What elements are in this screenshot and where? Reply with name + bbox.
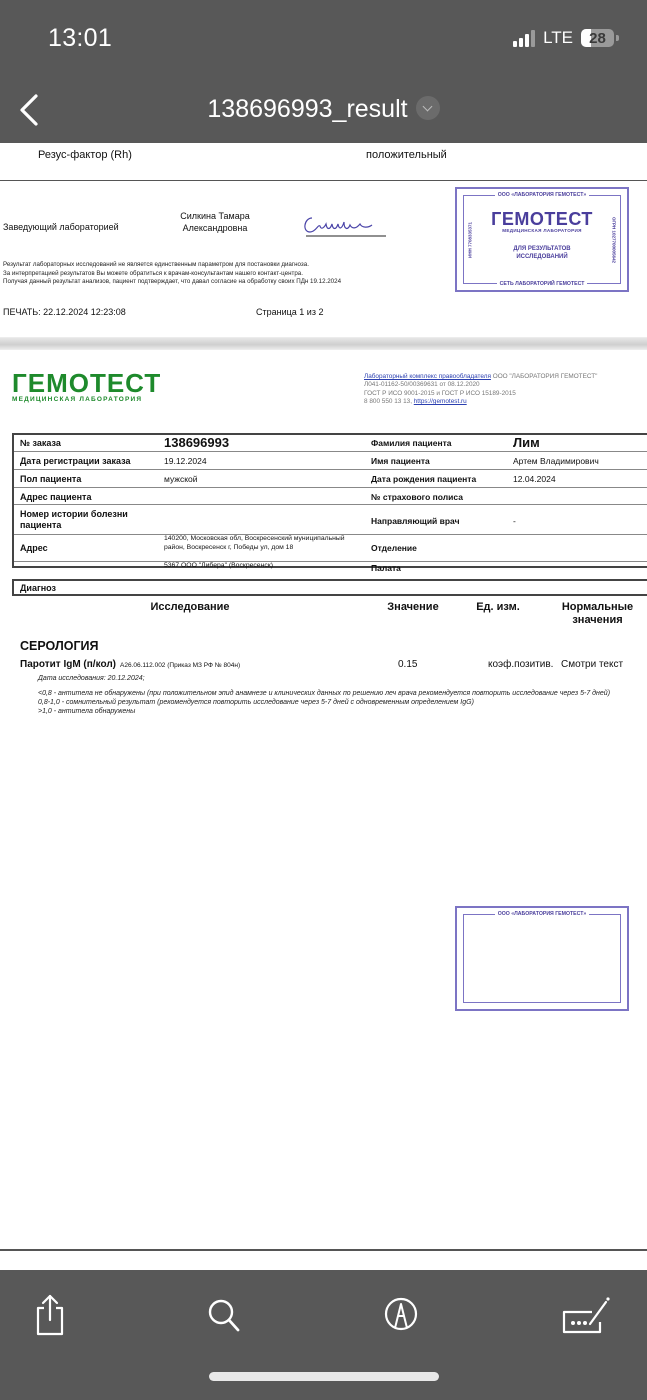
reg-date-label: Дата регистрации заказа <box>20 456 130 466</box>
gemotest-logo: ГЕМОТЕСТ МЕДИЦИНСКАЯ ЛАБОРАТОРИЯ <box>12 371 161 403</box>
surname-value: Лим <box>513 435 540 450</box>
signal-icon <box>513 29 535 47</box>
stamp-brand: ГЕМОТЕСТ <box>457 209 627 230</box>
history-label: Номер истории болезни пациента <box>20 509 150 531</box>
note-line: >1,0 - антитела обнаружены <box>38 707 647 716</box>
name-value: Артем Владимирович <box>513 456 599 466</box>
home-indicator[interactable] <box>209 1372 439 1381</box>
test-code: A26.06.112.002 (Приказ МЗ РФ № 804н) <box>120 662 240 669</box>
order-number-label: № заказа <box>20 438 61 448</box>
study-date: Дата исследования: 20.12.2024; <box>38 674 647 683</box>
head-of-lab-name: Силкина Тамара Александровна <box>172 210 258 234</box>
note-line: 0,8-1,0 - сомнительный результат (рекоме… <box>38 698 647 707</box>
print-date: ПЕЧАТЬ: 22.12.2024 12:23:08 <box>3 307 126 317</box>
doctor-value: - <box>513 516 516 526</box>
col-header-test: Исследование <box>120 601 260 614</box>
logo-sub-text: МЕДИЦИНСКАЯ ЛАБОРАТОРИЯ <box>12 396 161 403</box>
status-time: 13:01 <box>48 24 112 53</box>
section-title: СЕРОЛОГИЯ <box>20 639 99 653</box>
markup-button[interactable] <box>377 1292 425 1336</box>
page-separator <box>0 337 647 350</box>
address-label: Адрес <box>20 543 48 553</box>
lab-phone: 8 800 550 13 13, <box>364 398 414 405</box>
surname-label: Фамилия пациента <box>371 438 452 448</box>
table-row: 5367 ООО "Либера" (Воскресенск) Палата <box>14 562 647 568</box>
norm-header-line2: значения <box>548 614 647 627</box>
stamp-purpose-line1: ДЛЯ РЕЗУЛЬТАТОВ <box>457 245 627 253</box>
stamp-top-text: ООО «ЛАБОРАТОРИЯ ГЕМОТЕСТ» <box>495 192 590 198</box>
test-notes: Дата исследования: 20.12.2024; <0,8 - ан… <box>38 674 647 716</box>
test-name: Паротит IgM (п/кол) <box>20 659 116 670</box>
document-title-text: 138696993_result <box>207 95 407 124</box>
name-label: Имя пациента <box>371 456 430 466</box>
col-header-value: Значение <box>378 601 448 614</box>
head-name-line1: Силкина Тамара <box>172 210 258 222</box>
table-row: Пол пациента мужской Дата рождения пацие… <box>14 470 647 488</box>
col-header-norm: Нормальные значения <box>548 601 647 627</box>
battery-tip <box>616 35 619 41</box>
battery-icon: 28 <box>581 29 614 47</box>
disclaimer-line: Результат лабораторных исследований не я… <box>3 261 341 270</box>
note-line: <0,8 - антитела не обнаружены (при полож… <box>38 689 647 698</box>
table-row: Номер истории болезни пациента Направляю… <box>14 505 647 535</box>
stamp-inner-frame: ООО «ЛАБОРАТОРИЯ ГЕМОТЕСТ» <box>463 914 621 1003</box>
logo-main-text: ГЕМОТЕСТ <box>12 371 161 395</box>
lab-complex-link[interactable]: Лабораторный комплекс правообладателя <box>364 373 491 380</box>
department-label: Отделение <box>371 543 417 553</box>
stamp-purpose: ДЛЯ РЕЗУЛЬТАТОВ ИССЛЕДОВАНИЙ <box>457 245 627 261</box>
lab-website-link[interactable]: https://gemotest.ru <box>414 398 467 405</box>
sex-value: мужской <box>164 474 198 484</box>
birth-value: 12.04.2024 <box>513 474 556 484</box>
signature-button[interactable] <box>560 1292 608 1336</box>
table-row: Дата регистрации заказа 19.12.2024 Имя п… <box>14 452 647 470</box>
lab-info: Лабораторный комплекс правообладателя ОО… <box>364 373 597 406</box>
norm-header-line1: Нормальные <box>548 601 647 614</box>
divider <box>0 180 647 181</box>
disclaimer-line: За интерпретацией результатов Вы можете … <box>3 270 341 279</box>
lab-license: Л041-01162-50/00369631 от 08.12.2020 <box>364 381 597 389</box>
lab-owner: ООО "ЛАБОРАТОРИЯ ГЕМОТЕСТ" <box>491 373 597 380</box>
lab-gost: ГОСТ Р ИСО 9001-2015 и ГОСТ Р ИСО 15189-… <box>364 390 597 398</box>
test-norm: Смотри текст <box>561 659 623 670</box>
diagnosis-label: Диагноз <box>20 583 56 593</box>
branch-value: 5367 ООО "Либера" (Воскресенск) <box>164 562 273 569</box>
lab-stamp: ООО «ЛАБОРАТОРИЯ ГЕМОТЕСТ» <box>455 906 629 1011</box>
top-navigation-bar: 13:01 LTE 28 138696993_result <box>0 0 647 143</box>
battery-level: 28 <box>589 30 606 47</box>
divider <box>0 1249 647 1251</box>
head-name-line2: Александровна <box>172 222 258 234</box>
document-title[interactable]: 138696993_result <box>0 94 647 124</box>
table-row: № заказа 138696993 Фамилия пациента Лим <box>14 435 647 452</box>
ward-label: Палата <box>371 563 401 573</box>
sex-label: Пол пациента <box>20 474 81 484</box>
reg-date-value: 19.12.2024 <box>164 456 207 466</box>
patient-info-table: № заказа 138696993 Фамилия пациента Лим … <box>12 433 647 568</box>
doctor-label: Направляющий врач <box>371 516 460 526</box>
policy-label: № страхового полиса <box>371 492 463 502</box>
address-value: 140200, Московская обл, Воскресенский му… <box>164 535 359 552</box>
table-row: Адрес 140200, Московская обл, Воскресенс… <box>14 535 647 562</box>
stamp-top-text: ООО «ЛАБОРАТОРИЯ ГЕМОТЕСТ» <box>495 911 590 917</box>
disclaimer-line: Получая данный результат анализов, пацие… <box>3 278 341 287</box>
share-icon <box>26 1292 74 1336</box>
share-button[interactable] <box>26 1292 74 1336</box>
birth-label: Дата рождения пациента <box>371 474 476 484</box>
test-value: 0.15 <box>398 659 417 670</box>
patient-address-label: Адрес пациента <box>20 492 91 502</box>
test-result-row: Паротит IgM (п/кол)A26.06.112.002 (Прика… <box>20 659 647 670</box>
markup-pen-icon <box>377 1292 425 1336</box>
signature-icon <box>560 1292 620 1336</box>
test-unit: коэф.позитив. <box>488 659 553 670</box>
stamp-bottom-text: СЕТЬ ЛАБОРАТОРИЙ ГЕМОТЕСТ <box>497 281 588 287</box>
bottom-toolbar <box>0 1270 647 1400</box>
rh-factor-label: Резус-фактор (Rh) <box>38 149 132 161</box>
stamp-subtitle: МЕДИЦИНСКАЯ ЛАБОРАТОРИЯ <box>457 228 627 233</box>
search-button[interactable] <box>200 1292 248 1336</box>
rh-factor-value: положительный <box>366 149 447 161</box>
table-row: Адрес пациента № страхового полиса <box>14 488 647 505</box>
pdf-page-2: ГЕМОТЕСТ МЕДИЦИНСКАЯ ЛАБОРАТОРИЯ Лаборат… <box>0 351 647 1271</box>
col-header-unit: Ед. изм. <box>462 601 534 614</box>
lab-stamp: ООО «ЛАБОРАТОРИЯ ГЕМОТЕСТ» СЕТЬ ЛАБОРАТО… <box>455 187 629 292</box>
stamp-purpose-line2: ИССЛЕДОВАНИЙ <box>457 253 627 261</box>
search-icon <box>200 1292 248 1336</box>
chevron-down-icon[interactable] <box>416 96 440 120</box>
diagnosis-row: Диагноз <box>12 579 647 596</box>
network-type: LTE <box>543 28 573 48</box>
disclaimer: Результат лабораторных исследований не я… <box>3 261 341 287</box>
status-indicators: LTE 28 <box>513 28 619 48</box>
page-number: Страница 1 из 2 <box>256 307 323 317</box>
order-number-value: 138696993 <box>164 435 229 450</box>
signature-image <box>298 210 388 240</box>
head-of-lab-role: Заведующий лабораторией <box>3 222 119 232</box>
